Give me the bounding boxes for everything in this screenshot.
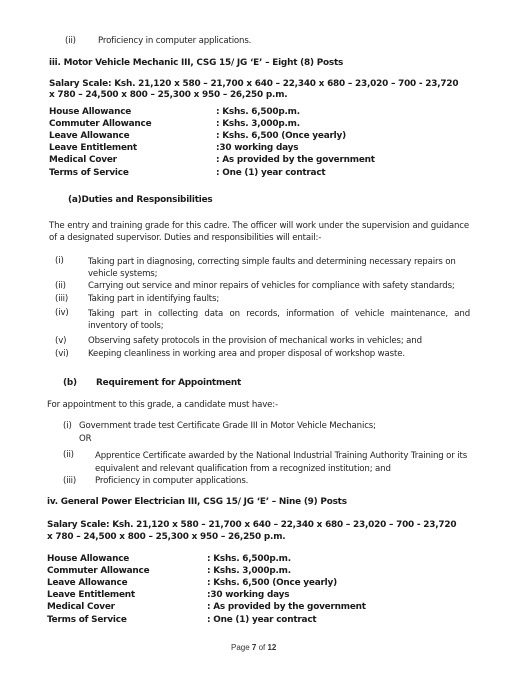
salary-scale-line-2: x 780 – 24,500 x 800 – 25,300 x 950 – 26…: [47, 532, 285, 542]
benefit-label: Leave Allowance: [47, 578, 127, 588]
benefit-label: Commuter Allowance: [47, 566, 149, 576]
requirement-number: (ii): [63, 450, 74, 460]
salary-scale-line-2: x 780 – 24,500 x 800 – 25,300 x 950 – 26…: [49, 90, 287, 100]
benefit-label: Leave Allowance: [49, 131, 129, 141]
benefit-label: Terms of Service: [47, 615, 127, 625]
requirement-number: (i): [63, 421, 72, 431]
duty-number: (iii): [55, 294, 68, 304]
requirements-heading: Requirement for Appointment: [96, 378, 241, 388]
benefit-value: : One (1) year contract: [207, 615, 316, 625]
duty-number: (vi): [55, 349, 69, 359]
benefit-label: Leave Entitlement: [47, 590, 135, 600]
duties-heading: (a)Duties and Responsibilities: [68, 195, 213, 205]
document-page: (ii) Proficiency in computer application…: [0, 0, 523, 679]
benefit-value: : Kshs. 3,000p.m.: [216, 119, 300, 129]
benefit-value: :30 working days: [207, 590, 289, 600]
benefit-label: House Allowance: [49, 107, 131, 117]
benefit-value: : Kshs. 6,500 (Once yearly): [216, 131, 346, 141]
benefit-label: Medical Cover: [49, 155, 117, 165]
duty-number: (iv): [55, 308, 69, 318]
benefit-label: House Allowance: [47, 554, 129, 564]
salary-scale-line-1: Salary Scale: Ksh. 21,120 x 580 – 21,700…: [49, 79, 458, 89]
duty-number: (ii): [55, 281, 66, 291]
duty-number: (v): [55, 336, 66, 346]
benefit-value: :30 working days: [216, 143, 298, 153]
duty-text: Observing safety protocols in the provis…: [88, 336, 422, 346]
benefit-value: : As provided by the government: [216, 155, 375, 165]
requirement-number: (iii): [63, 476, 76, 486]
page-number: Page 7 of 12: [231, 643, 276, 652]
duty-text: Taking part in identifying faults;: [88, 294, 219, 304]
benefit-value: : As provided by the government: [207, 602, 366, 612]
list-item-text: Proficiency in computer applications.: [98, 36, 251, 46]
duty-text: Taking part in diagnosing, correcting si…: [88, 256, 470, 280]
requirement-text: Government trade test Certificate Grade …: [79, 421, 376, 431]
page-total: 12: [267, 643, 276, 652]
requirements-letter: (b): [63, 378, 77, 388]
duties-intro: The entry and training grade for this ca…: [49, 220, 469, 244]
benefit-label: Commuter Allowance: [49, 119, 151, 129]
benefit-value: : Kshs. 6,500 (Once yearly): [207, 578, 337, 588]
duty-number: (i): [55, 256, 64, 266]
section-title-general-power-electrician: iv. General Power Electrician III, CSG 1…: [47, 497, 347, 507]
benefit-label: Terms of Service: [49, 168, 129, 178]
page-number-prefix: Page: [231, 643, 252, 652]
salary-scale-line-1: Salary Scale: Ksh. 21,120 x 580 – 21,700…: [47, 520, 456, 530]
section-title-motor-vehicle-mechanic: iii. Motor Vehicle Mechanic III, CSG 15/…: [49, 58, 343, 68]
benefit-label: Leave Entitlement: [49, 143, 137, 153]
benefit-label: Medical Cover: [47, 602, 115, 612]
list-item-number: (ii): [65, 36, 76, 46]
duty-text: Taking part in collecting data on record…: [88, 308, 470, 332]
duty-text: Carrying out service and minor repairs o…: [88, 281, 455, 291]
benefit-value: : Kshs. 6,500p.m.: [216, 107, 300, 117]
requirement-text: Proficiency in computer applications.: [95, 476, 248, 486]
benefit-value: : One (1) year contract: [216, 168, 325, 178]
benefit-value: : Kshs. 3,000p.m.: [207, 566, 291, 576]
requirements-intro: For appointment to this grade, a candida…: [47, 400, 278, 410]
duty-text: Keeping cleanliness in working area and …: [88, 349, 405, 359]
requirement-or: OR: [79, 434, 91, 444]
benefit-value: : Kshs. 6,500p.m.: [207, 554, 291, 564]
page-number-of: of: [256, 643, 267, 652]
requirement-text: Apprentice Certificate awarded by the Na…: [95, 450, 471, 475]
